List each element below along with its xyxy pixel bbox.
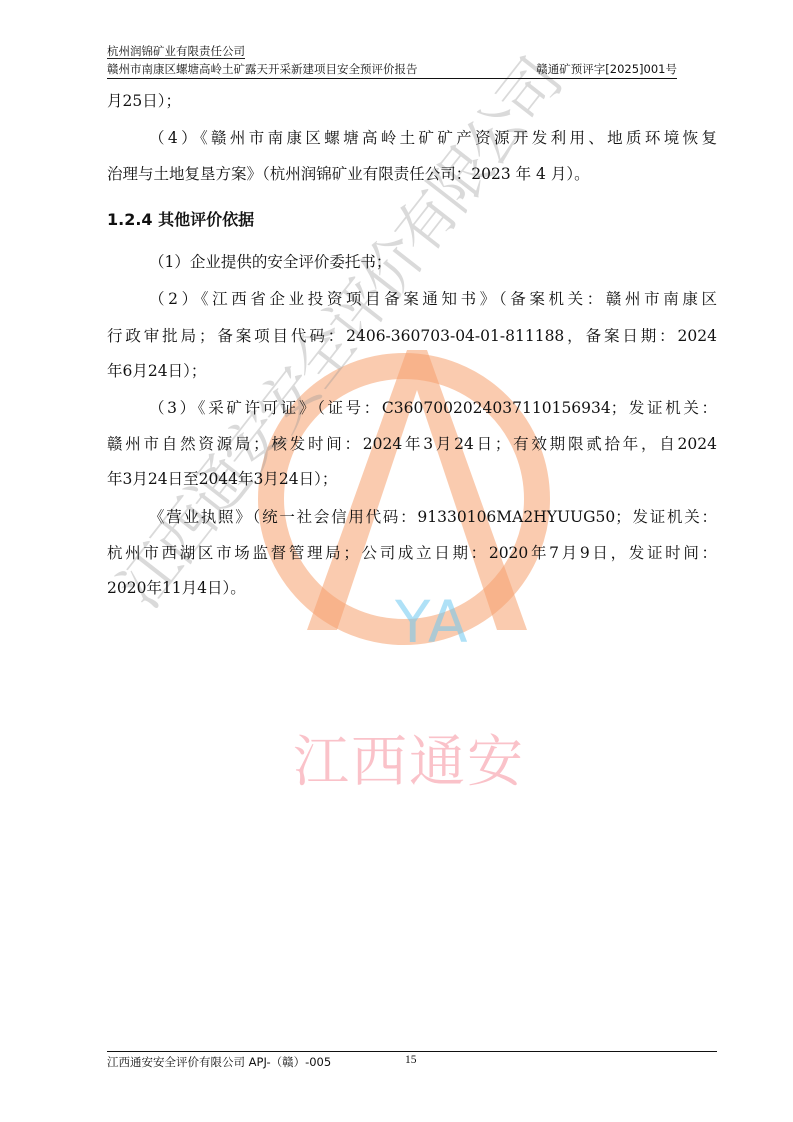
header-title-row: 赣州市南康区螺塘高岭土矿露天开采新建项目安全预评价报告 赣通矿预评字[2025]… bbox=[107, 61, 677, 79]
footer-divider bbox=[107, 1051, 717, 1052]
footer-company-code: 江西通安安全评价有限公司 APJ-（赣）-005 bbox=[107, 1054, 331, 1070]
body-line: 治理与土地复垦方案》（杭州润锦矿业有限责任公司：2023 年 4 月）。 bbox=[107, 164, 590, 184]
page-content: 杭州润锦矿业有限责任公司 赣州市南康区螺塘高岭土矿露天开采新建项目安全预评价报告… bbox=[0, 0, 793, 1122]
section-line: 年3月24日至2044年3月24日）； bbox=[107, 469, 337, 489]
section-line: （1）企业提供的安全评价委托书； bbox=[149, 252, 391, 272]
section-line: 赣州市自然资源局；核发时间：2024年3月24日；有效期限贰拾年，自2024 bbox=[107, 434, 717, 454]
section-line: （3）《采矿许可证》（证号：C3607002024037110156934；发证… bbox=[149, 398, 717, 418]
section-line: 行政审批局；备案项目代码：2406-360703-04-01-811188，备案… bbox=[107, 326, 717, 346]
section-heading: 1.2.4 其他评价依据 bbox=[107, 207, 254, 230]
header-report-title: 赣州市南康区螺塘高岭土矿露天开采新建项目安全预评价报告 bbox=[107, 61, 418, 77]
page-header: 杭州润锦矿业有限责任公司 赣州市南康区螺塘高岭土矿露天开采新建项目安全预评价报告… bbox=[107, 44, 677, 79]
body-line: （4）《赣州市南康区螺塘高岭土矿矿产资源开发利用、地质环境恢复 bbox=[149, 128, 717, 148]
page-number: 15 bbox=[405, 1054, 417, 1066]
section-line: 年6月24日）； bbox=[107, 361, 206, 381]
body-line: 月25日）； bbox=[107, 91, 181, 111]
document-page: YA 江西通安 江西通安安全评价有限公司 杭州润锦矿业有限责任公司 赣州市南康区… bbox=[0, 0, 793, 1122]
section-line: 杭州市西湖区市场监督管理局；公司成立日期：2020年7月9日，发证时间： bbox=[107, 543, 717, 563]
section-line: （2）《江西省企业投资项目备案通知书》（备案机关：赣州市南康区 bbox=[149, 289, 717, 309]
header-company: 杭州润锦矿业有限责任公司 bbox=[107, 44, 245, 59]
header-doc-number: 赣通矿预评字[2025]001号 bbox=[536, 61, 677, 77]
section-line: 《营业执照》（统一社会信用代码：91330106MA2HYUUG50；发证机关： bbox=[149, 507, 717, 527]
section-line: 2020年11月4日）。 bbox=[107, 578, 246, 598]
